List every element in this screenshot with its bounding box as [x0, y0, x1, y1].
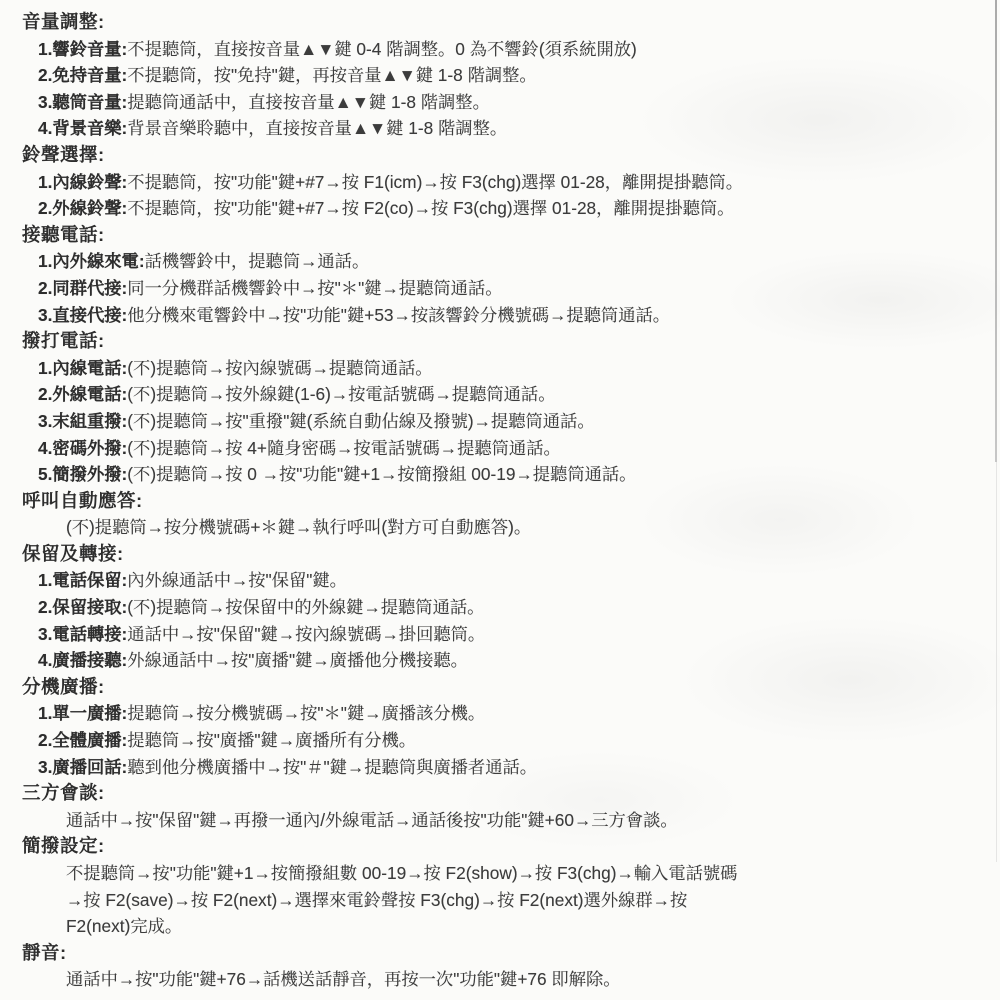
instruction-item-label: 3.末組重撥: — [38, 411, 127, 431]
instruction-item-text: 外線通話中→按"廣播"鍵→廣播他分機接聽。 — [127, 650, 468, 670]
instruction-item-label: 1.單一廣播: — [38, 703, 127, 723]
instruction-item-label: 4.背景音樂: — [38, 118, 127, 138]
instruction-item-label: 2.保留接取: — [38, 597, 127, 617]
section-heading: 靜音: — [22, 940, 1000, 967]
instruction-item-text: 不提聽筒，按"免持"鍵，再按音量▲▼鍵 1-8 階調整。 — [127, 65, 536, 85]
scan-page-edge-line — [995, 0, 997, 462]
section-heading: 鈴聲選擇: — [22, 142, 1000, 169]
instruction-item-label: 3.直接代接: — [38, 305, 127, 325]
instruction-item-text: 話機響鈴中，提聽筒→通話。 — [145, 251, 370, 271]
instruction-line: 1.單一廣播:提聽筒→按分機號碼→按"＊"鍵→廣播該分機。 — [38, 700, 1000, 727]
instruction-line: 4.廣播接聽:外線通話中→按"廣播"鍵→廣播他分機接聽。 — [38, 647, 1000, 674]
section-heading: 保留及轉接: — [22, 541, 1000, 568]
instruction-item-text: (不)提聽筒→按"重撥"鍵(系統自動佔線及撥號)→提聽筒通話。 — [127, 411, 594, 431]
instruction-item-text: 通話中→按"保留"鍵→再撥一通內/外線電話→通話後按"功能"鍵+60→三方會談。 — [66, 810, 678, 830]
instruction-item-text: 不提聽筒→按"功能"鍵+1→按簡撥組數 00-19→按 F2(show)→按 F… — [66, 863, 737, 883]
instruction-line: 3.聽筒音量:提聽筒通話中，直接按音量▲▼鍵 1-8 階調整。 — [38, 89, 1000, 116]
instruction-item-text: 通話中→按"保留"鍵→按內線號碼→掛回聽筒。 — [127, 624, 485, 644]
instruction-item-text: (不)提聽筒→按外線鍵(1-6)→按電話號碼→提聽筒通話。 — [127, 384, 555, 404]
instruction-item-text: 提聽筒→按"廣播"鍵→廣播所有分機。 — [127, 730, 416, 750]
instruction-line: 1.響鈴音量:不提聽筒，直接按音量▲▼鍵 0-4 階調整。0 為不響鈴(須系統開… — [38, 36, 1000, 63]
instruction-line: 4.密碼外撥:(不)提聽筒→按 4+隨身密碼→按電話號碼→提聽筒通話。 — [38, 435, 1000, 462]
instruction-line: 3.廣播回話:聽到他分機廣播中→按"＃"鍵→提聽筒與廣播者通話。 — [38, 754, 1000, 781]
section-heading: 音量調整: — [22, 9, 1000, 36]
instruction-line: 5.簡撥外撥:(不)提聽筒→按 0 →按"功能"鍵+1→按簡撥組 00-19→提… — [38, 461, 1000, 488]
instruction-line: 2.外線電話:(不)提聽筒→按外線鍵(1-6)→按電話號碼→提聽筒通話。 — [38, 381, 1000, 408]
instruction-item-label: 4.廣播接聽: — [38, 650, 127, 670]
instruction-item-label: 3.電話轉接: — [38, 624, 127, 644]
instruction-line: 1.內線電話:(不)提聽筒→按內線號碼→提聽筒通話。 — [38, 355, 1000, 382]
instruction-item-label: 2.外線電話: — [38, 384, 127, 404]
instruction-line: 2.免持音量:不提聽筒，按"免持"鍵，再按音量▲▼鍵 1-8 階調整。 — [38, 62, 1000, 89]
instruction-line: 3.電話轉接:通話中→按"保留"鍵→按內線號碼→掛回聽筒。 — [38, 621, 1000, 648]
instruction-line: 不提聽筒→按"功能"鍵+1→按簡撥組數 00-19→按 F2(show)→按 F… — [66, 860, 1000, 887]
instruction-item-text: F2(next)完成。 — [66, 916, 182, 936]
scan-page-edge-line-faint — [996, 462, 997, 862]
section-heading: 三方會談: — [22, 780, 1000, 807]
instruction-line: 2.外線鈴聲:不提聽筒，按"功能"鍵+#7→按 F2(co)→按 F3(chg)… — [38, 195, 1000, 222]
instruction-line: 1.內線鈴聲:不提聽筒，按"功能"鍵+#7→按 F1(icm)→按 F3(chg… — [38, 169, 1000, 196]
instruction-item-label: 1.響鈴音量: — [38, 39, 127, 59]
instruction-item-label: 2.同群代接: — [38, 278, 127, 298]
section-heading: 接聽電話: — [22, 222, 1000, 249]
instruction-item-label: 1.內外線來電: — [38, 251, 145, 271]
section-heading: 撥打電話: — [22, 328, 1000, 355]
instruction-item-text: 他分機來電響鈴中→按"功能"鍵+53→按該響鈴分機號碼→提聽筒通話。 — [127, 305, 670, 325]
instruction-item-text: 背景音樂聆聽中，直接按音量▲▼鍵 1-8 階調整。 — [127, 118, 507, 138]
instruction-item-text: (不)提聽筒→按保留中的外線鍵→提聽筒通話。 — [127, 597, 484, 617]
instruction-item-text: 聽到他分機廣播中→按"＃"鍵→提聽筒與廣播者通話。 — [127, 757, 537, 777]
instruction-line: →按 F2(save)→按 F2(next)→選擇來電鈴聲按 F3(chg)→按… — [66, 887, 1000, 914]
instruction-item-label: 2.免持音量: — [38, 65, 127, 85]
instruction-line: 2.同群代接:同一分機群話機響鈴中→按"＊"鍵→提聽筒通話。 — [38, 275, 1000, 302]
instruction-item-text: 通話中→按"功能"鍵+76→話機送話靜音，再按一次"功能"鍵+76 即解除。 — [66, 969, 621, 989]
instruction-item-label: 1.內線鈴聲: — [38, 172, 127, 192]
instruction-item-text: →按 F2(save)→按 F2(next)→選擇來電鈴聲按 F3(chg)→按… — [66, 890, 687, 910]
section-heading: 簡撥設定: — [22, 833, 1000, 860]
instruction-item-text: (不)提聽筒→按內線號碼→提聽筒通話。 — [127, 358, 432, 378]
instruction-item-text: (不)提聽筒→按 4+隨身密碼→按電話號碼→提聽筒通話。 — [127, 438, 560, 458]
instruction-item-label: 3.聽筒音量: — [38, 92, 127, 112]
section-heading: 呼叫自動應答: — [22, 488, 1000, 515]
instruction-item-label: 2.外線鈴聲: — [38, 198, 127, 218]
instruction-item-label: 1.內線電話: — [38, 358, 127, 378]
instruction-line: 3.末組重撥:(不)提聽筒→按"重撥"鍵(系統自動佔線及撥號)→提聽筒通話。 — [38, 408, 1000, 435]
instruction-item-label: 2.全體廣播: — [38, 730, 127, 750]
instruction-item-label: 5.簡撥外撥: — [38, 464, 127, 484]
instruction-item-label: 1.電話保留: — [38, 570, 127, 590]
instruction-line: (不)提聽筒→按分機號碼+＊鍵→執行呼叫(對方可自動應答)。 — [66, 514, 1000, 541]
instruction-item-text: 不提聽筒，按"功能"鍵+#7→按 F1(icm)→按 F3(chg)選擇 01-… — [127, 172, 743, 192]
instruction-sections: 音量調整:1.響鈴音量:不提聽筒，直接按音量▲▼鍵 0-4 階調整。0 為不響鈴… — [0, 9, 1000, 993]
instruction-item-text: (不)提聽筒→按分機號碼+＊鍵→執行呼叫(對方可自動應答)。 — [66, 517, 531, 537]
instruction-item-text: 內外線通話中→按"保留"鍵。 — [127, 570, 347, 590]
instruction-line: 3.直接代接:他分機來電響鈴中→按"功能"鍵+53→按該響鈴分機號碼→提聽筒通話… — [38, 302, 1000, 329]
instruction-item-label: 4.密碼外撥: — [38, 438, 127, 458]
instruction-line: 2.全體廣播:提聽筒→按"廣播"鍵→廣播所有分機。 — [38, 727, 1000, 754]
instruction-line: 1.電話保留:內外線通話中→按"保留"鍵。 — [38, 567, 1000, 594]
instruction-line: 1.內外線來電:話機響鈴中，提聽筒→通話。 — [38, 248, 1000, 275]
instruction-item-text: 不提聽筒，直接按音量▲▼鍵 0-4 階調整。0 為不響鈴(須系統開放) — [127, 39, 636, 59]
instruction-item-text: (不)提聽筒→按 0 →按"功能"鍵+1→按簡撥組 00-19→提聽筒通話。 — [127, 464, 636, 484]
instruction-line: 2.保留接取:(不)提聽筒→按保留中的外線鍵→提聽筒通話。 — [38, 594, 1000, 621]
document-page: 音量調整:1.響鈴音量:不提聽筒，直接按音量▲▼鍵 0-4 階調整。0 為不響鈴… — [0, 0, 1000, 1000]
section-heading: 分機廣播: — [22, 674, 1000, 701]
instruction-item-text: 提聽筒→按分機號碼→按"＊"鍵→廣播該分機。 — [127, 703, 485, 723]
instruction-item-text: 同一分機群話機響鈴中→按"＊"鍵→提聽筒通話。 — [127, 278, 502, 298]
instruction-line: 通話中→按"功能"鍵+76→話機送話靜音，再按一次"功能"鍵+76 即解除。 — [66, 966, 1000, 993]
instruction-line: 通話中→按"保留"鍵→再撥一通內/外線電話→通話後按"功能"鍵+60→三方會談。 — [66, 807, 1000, 834]
instruction-line: 4.背景音樂:背景音樂聆聽中，直接按音量▲▼鍵 1-8 階調整。 — [38, 115, 1000, 142]
instruction-item-text: 提聽筒通話中，直接按音量▲▼鍵 1-8 階調整。 — [127, 92, 490, 112]
instruction-item-label: 3.廣播回話: — [38, 757, 127, 777]
instruction-line: F2(next)完成。 — [66, 913, 1000, 940]
instruction-item-text: 不提聽筒，按"功能"鍵+#7→按 F2(co)→按 F3(chg)選擇 01-2… — [127, 198, 734, 218]
